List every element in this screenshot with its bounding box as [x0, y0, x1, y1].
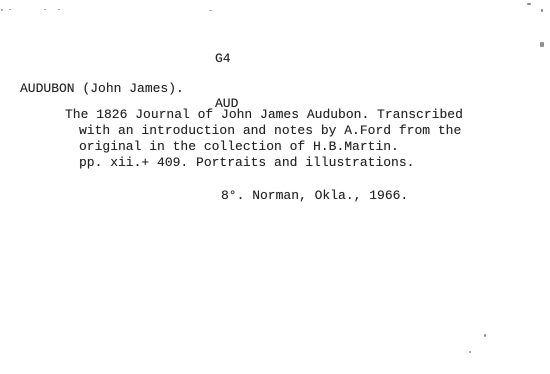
scan-speck: [58, 9, 60, 10]
description-line: pp. xii.+ 409. Portraits and illustratio…: [65, 155, 463, 171]
description-block: The 1826 Journal of John James Audubon. …: [65, 107, 463, 171]
call-number-shelf-mark: G4: [215, 51, 246, 66]
scan-speck: [527, 3, 531, 5]
scan-speck: [540, 42, 544, 47]
scan-speck: [469, 351, 471, 353]
scan-speck: [44, 9, 46, 10]
description-line: with an introduction and notes by A.Ford…: [65, 123, 463, 139]
description-line: The 1826 Journal of John James Audubon. …: [65, 107, 463, 123]
description-line: original in the collection of H.B.Martin…: [65, 139, 463, 155]
scan-speck: [209, 10, 212, 11]
scan-speck: [541, 9, 543, 12]
author-heading: AUDUBON (John James).: [20, 81, 184, 97]
catalog-card: G4 AUD AUDUBON (John James). The 1826 Jo…: [0, 0, 550, 374]
imprint-line: 8°. Norman, Okla., 1966.: [221, 188, 408, 204]
scan-speck: [1, 9, 3, 11]
scan-speck: [484, 334, 486, 337]
scan-speck: [9, 9, 11, 10]
